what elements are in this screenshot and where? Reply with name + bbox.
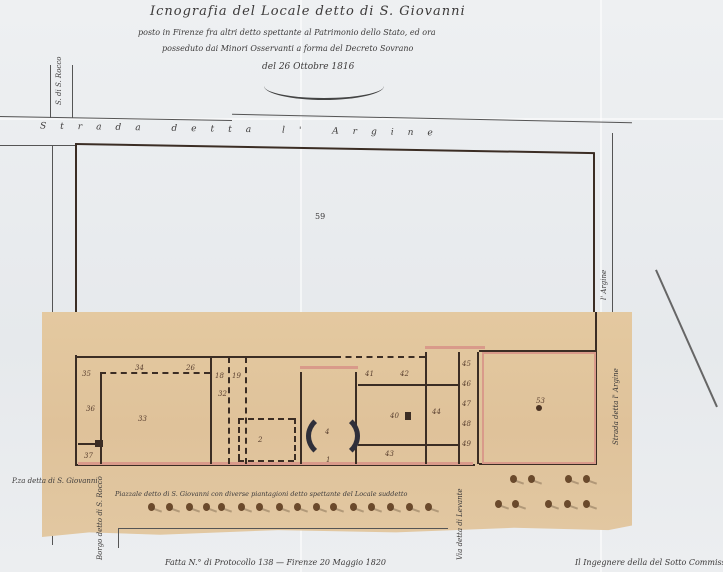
room-wall [477,352,479,464]
tree-icon [564,500,571,508]
altar-block [405,412,411,420]
room-number: 48 [462,420,471,428]
tree-icon [313,503,320,511]
street-edge-right [612,133,613,313]
street-label-bottom-left-vertical: Borgo detto di S. Rocco [96,476,104,560]
room-wall [425,352,427,464]
room-number: 1 [326,456,330,464]
tree-icon [330,503,337,511]
tree-icon [166,503,173,511]
cloister-colonnade [238,460,294,462]
street-edge [118,528,119,548]
room-wall [100,372,102,464]
room-wall [355,372,357,464]
garden-wall-left [75,143,77,313]
map-subtitle-line2: posseduto dai Minori Osservanti a forma … [162,44,413,53]
room-number: 37 [84,452,93,460]
map-title: Icnografia del Locale detto di S. Giovan… [150,4,466,19]
tree-icon [510,475,517,483]
tree-icon [545,500,552,508]
street-edge [50,65,51,118]
room-number: 35 [82,370,91,378]
rotunda [306,412,360,460]
room-number: 47 [462,400,471,408]
room-number: 45 [462,360,471,368]
tree-icon [583,475,590,483]
tree-icon [350,503,357,511]
room-number: 40 [390,412,399,420]
tree-icon [528,475,535,483]
garden-wall-right [593,153,595,313]
street-label-bottom-mid: Via detta di Levante [456,488,464,560]
room-number: 46 [462,380,471,388]
street-label-top-left: S. di S. Rocco [55,57,63,105]
tree-icon [387,503,394,511]
tree-icon [148,503,155,511]
room-wall [210,357,212,464]
wall-wash [300,366,358,373]
room-number: 2 [258,436,262,444]
garden-wall-top [75,143,595,154]
room-number: 19 [232,372,241,380]
cloister-colonnade [238,418,240,460]
tree-icon [186,503,193,511]
street-label-bottom-left: P.za detta di S. Giovanni [12,477,98,485]
garden-number: 59 [315,212,325,221]
room-number: 34 [135,364,144,372]
tree-icon [218,503,225,511]
room-wall [245,357,247,464]
tree-icon [406,503,413,511]
map-sheet: Icnografia del Locale detto di S. Giovan… [0,0,723,572]
room-number: 41 [365,370,374,378]
room-wall [228,357,230,464]
piazzale-label: Piazzale detto di S. Giovanni con divers… [115,490,407,498]
room-number: 43 [385,450,394,458]
street-label-top: Strada detta l' Argine [40,121,447,138]
well-icon [536,405,542,411]
footer-protocol: Fatta N.° di Protocollo 138 — Firenze 20… [165,558,386,567]
room-number: 42 [400,370,409,378]
title-flourish [264,72,384,100]
wall-wash [78,358,473,465]
room-number: 36 [86,405,95,413]
stair-block [95,440,103,447]
tree-icon [425,503,432,511]
room-wall [358,444,458,446]
tree-icon [495,500,502,508]
street-label-right: Strada detta l' Argine [612,368,620,445]
north-arrow-icon [655,270,717,408]
well-number: 53 [536,397,545,405]
room-wall [358,384,458,386]
footer-signature: Il Ingegnere della del Sotto Commissione [575,558,723,567]
room-number: 32 [218,390,227,398]
room-number: 49 [462,440,471,448]
map-date: del 26 Ottobre 1816 [262,62,354,72]
room-number: 18 [215,372,224,380]
room-number: 26 [186,364,195,372]
tree-icon [512,500,519,508]
room-wall [100,372,210,374]
cloister-colonnade [294,418,296,460]
tree-icon [238,503,245,511]
tree-icon [294,503,301,511]
tree-icon [203,503,210,511]
street-label-right-top: l' Argine [600,270,608,300]
tree-icon [368,503,375,511]
room-number: 44 [432,408,441,416]
tree-icon [276,503,283,511]
room-wall [458,352,460,464]
room-wall [300,372,302,464]
room-number: 4 [325,428,329,436]
building-wall-left [75,355,77,465]
tree-icon [583,500,590,508]
map-subtitle-line1: posto in Firenze fra altri detto spettan… [138,28,436,37]
wall-wash [425,346,485,355]
tree-icon [256,503,263,511]
street-edge [72,65,73,118]
street-edge [118,528,448,529]
cloister-colonnade [238,418,294,420]
street-edge [0,145,75,146]
room-number: 33 [138,415,147,423]
tree-icon [565,475,572,483]
